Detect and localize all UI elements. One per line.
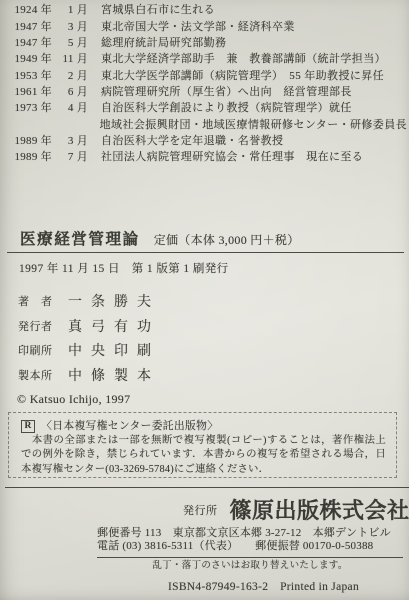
defect-exchange-notice: 乱丁・落丁のさいはお取り替えいたします。: [97, 560, 403, 573]
publisher-name: 篠原出版株式会社: [230, 494, 409, 525]
rights-body-text: 本書の全部または一部を無断で複写複製(コピー)することは，著作権法上での例外を除…: [21, 434, 386, 477]
credit-printer: 印刷所 中央印刷: [18, 338, 160, 363]
bio-row: 1947 年 3 月 東北帝国大学・法文学部・経済科卒業: [14, 17, 407, 33]
reproduction-rights-box: R〈日本複写権センター委託出版物〉 本書の全部または一部を無断で複写複製(コピー…: [8, 412, 397, 478]
bio-row: 1924 年 1 月 宮城県白石市に生れる: [14, 1, 407, 17]
bio-month: 5 月: [52, 34, 88, 50]
bio-month: 3 月: [52, 132, 88, 148]
title-divider: [7, 252, 404, 253]
credit-label: 印刷所: [18, 342, 54, 358]
credit-name: 真弓有功: [68, 316, 160, 336]
rights-heading: R〈日本複写権センター委託出版物〉: [21, 418, 386, 433]
bio-row: 1989 年 3 月 自治医科大学を定年退職・名誉教授: [14, 132, 407, 148]
bio-text: 東北大学医学部講師（病院管理学） 55 年助教授に昇任: [101, 67, 384, 83]
publisher-label: 発行所: [183, 502, 218, 518]
bio-text: 東北帝国大学・法文学部・経済科卒業: [101, 18, 295, 34]
bio-text: 病院管理研究所（厚生省）へ出向 経営管理部長: [101, 83, 352, 99]
credit-name: 中央印刷: [68, 340, 160, 360]
bio-row: 1989 年 7 月 社団法人病院管理研究協会・常任理事 現在に至る: [14, 148, 407, 164]
book-title: 医療経営管理論: [20, 227, 140, 249]
bio-year: 1953 年: [14, 67, 52, 83]
title-row: 医療経営管理論 定価（本体 3,000 円＋税）: [20, 227, 300, 249]
bio-month: 4 月: [52, 99, 88, 115]
bio-text: 総理府統計局研究部勤務: [101, 34, 226, 50]
publisher-address: 郵便番号 113 東京都文京区本郷 3-27-12 本郷デントビル: [97, 527, 403, 540]
bio-text: 宮城県白石市に生れる: [101, 1, 215, 17]
bio-year: 1961 年: [14, 83, 52, 99]
bio-text: 社団法人病院管理研究協会・常任理事 現在に至る: [101, 148, 363, 164]
bio-month: 11 月: [52, 50, 88, 66]
bio-month: 6 月: [52, 83, 88, 99]
bio-row: 1949 年 11 月 東北大学経済学部助手 兼 教養部講師（統計学担当）: [14, 50, 407, 66]
bio-row: 地域社会振興財団・地域医療情報研修センター・研修委員長: [14, 115, 407, 131]
copyright-line: © Katsuo Ichijo, 1997: [17, 392, 130, 407]
bio-row: 1973 年 4 月 自治医科大学創設により教授（病院管理学）就任: [14, 99, 407, 115]
bio-month: 7 月: [52, 148, 88, 164]
bio-year: 1947 年: [14, 18, 52, 34]
bio-year: 1989 年: [14, 132, 52, 148]
bio-month: 2 月: [52, 67, 88, 83]
publisher-contact-block: 郵便番号 113 東京都文京区本郷 3-27-12 本郷デントビル 電話 (03…: [97, 527, 403, 573]
bio-year: 1989 年: [14, 148, 52, 164]
credits: 著 者 一条勝夫 発行者 真弓有功 印刷所 中央印刷 製本所 中條製本: [18, 289, 160, 387]
rights-heading-text: 〈日本複写権センター委託出版物〉: [41, 420, 218, 432]
bio-text: 東北大学経済学部助手 兼 教養部講師（統計学担当）: [101, 50, 386, 66]
author-biography: 1924 年 1 月 宮城県白石市に生れる 1947 年 3 月 東北帝国大学・…: [14, 1, 407, 164]
publisher-phone: 電話 (03) 3816-5311（代表） 郵便振替 00170-0-50388: [97, 540, 403, 553]
book-colophon-page: 1924 年 1 月 宮城県白石市に生れる 1947 年 3 月 東北帝国大学・…: [0, 0, 409, 600]
publisher-divider: [5, 487, 409, 488]
bio-year: 1949 年: [14, 50, 52, 66]
credit-author: 著 者 一条勝夫: [18, 289, 160, 314]
credit-label: 著 者: [18, 293, 54, 309]
edition-line: 1997 年 11 月 15 日 第 1 版第 1 刷発行: [19, 260, 229, 276]
bio-year: 1924 年: [14, 1, 52, 17]
bio-text: 自治医科大学を定年退職・名誉教授: [101, 132, 283, 148]
credit-name: 一条勝夫: [68, 291, 160, 311]
restricted-copy-mark-icon: R: [21, 420, 35, 433]
bio-year: 1947 年: [14, 34, 52, 50]
bio-month: 3 月: [52, 18, 88, 34]
bio-row: 1947 年 5 月 総理府統計局研究部勤務: [14, 34, 407, 50]
credit-binder: 製本所 中條製本: [18, 363, 160, 388]
bio-year: 1973 年: [14, 99, 52, 115]
credit-label: 発行者: [18, 318, 54, 334]
bio-month: 1 月: [52, 1, 88, 17]
book-price: 定価（本体 3,000 円＋税）: [154, 231, 300, 248]
publisher-row: 発行所 篠原出版株式会社: [183, 494, 409, 525]
address-divider: [97, 557, 403, 558]
bio-row: 1953 年 2 月 東北大学医学部講師（病院管理学） 55 年助教授に昇任: [14, 66, 407, 82]
bio-text: 自治医科大学創設により教授（病院管理学）就任: [101, 99, 352, 115]
credit-name: 中條製本: [68, 365, 160, 385]
bio-text: 地域社会振興財団・地域医療情報研修センター・研修委員長: [100, 116, 407, 132]
credit-publisher-person: 発行者 真弓有功: [18, 314, 160, 339]
bio-row: 1961 年 6 月 病院管理研究所（厚生省）へ出向 経営管理部長: [14, 83, 407, 99]
credit-label: 製本所: [18, 367, 54, 383]
isbn-line: ISBN4-87949-163-2 Printed in Japan: [168, 578, 359, 594]
